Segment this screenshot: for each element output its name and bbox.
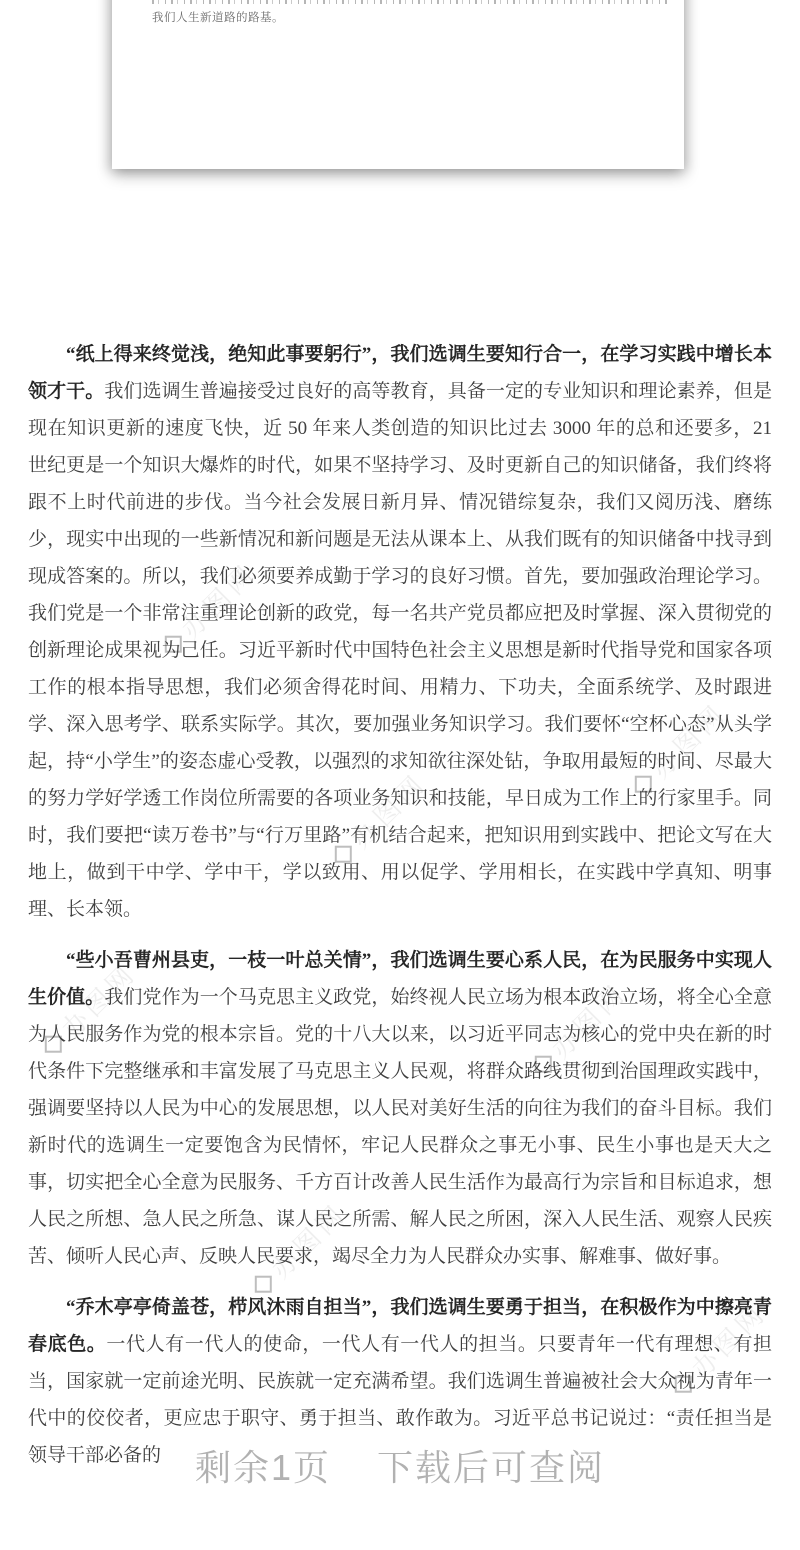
remaining-pages-label: 剩余1页: [195, 1440, 331, 1491]
download-hint-label: 下载后可查阅: [377, 1440, 605, 1491]
document-paragraph: “些小吾曹州县吏，一枝一叶总关情”，我们选调生要心系人民，在为民服务中实现人生价…: [28, 942, 772, 1275]
card-last-line: 我们人生新道路的路基。: [152, 11, 284, 25]
page: 我们人生新道路的路基。 办图网 办图网 办图网 办图网 办图网 办图网 办图网 …: [0, 0, 800, 1550]
preview-page-card: 我们人生新道路的路基。: [112, 0, 684, 169]
paragraph-text: 我们党作为一个马克思主义政党，始终视人民立场为根本政治立场，将全心全意为人民服务…: [28, 987, 772, 1267]
clipped-text-line: [152, 0, 670, 4]
footer-notice: 剩余1页 下载后可查阅: [0, 1440, 800, 1491]
paragraph-text: 我们选调生普遍接受过良好的高等教育，具备一定的专业知识和理论素养，但是现在知识更…: [28, 381, 772, 920]
document-body: “纸上得来终觉浅，绝知此事要躬行”，我们选调生要知行合一，在学习实践中增长本领才…: [28, 336, 772, 1488]
document-paragraph: “纸上得来终觉浅，绝知此事要躬行”，我们选调生要知行合一，在学习实践中增长本领才…: [28, 336, 772, 928]
